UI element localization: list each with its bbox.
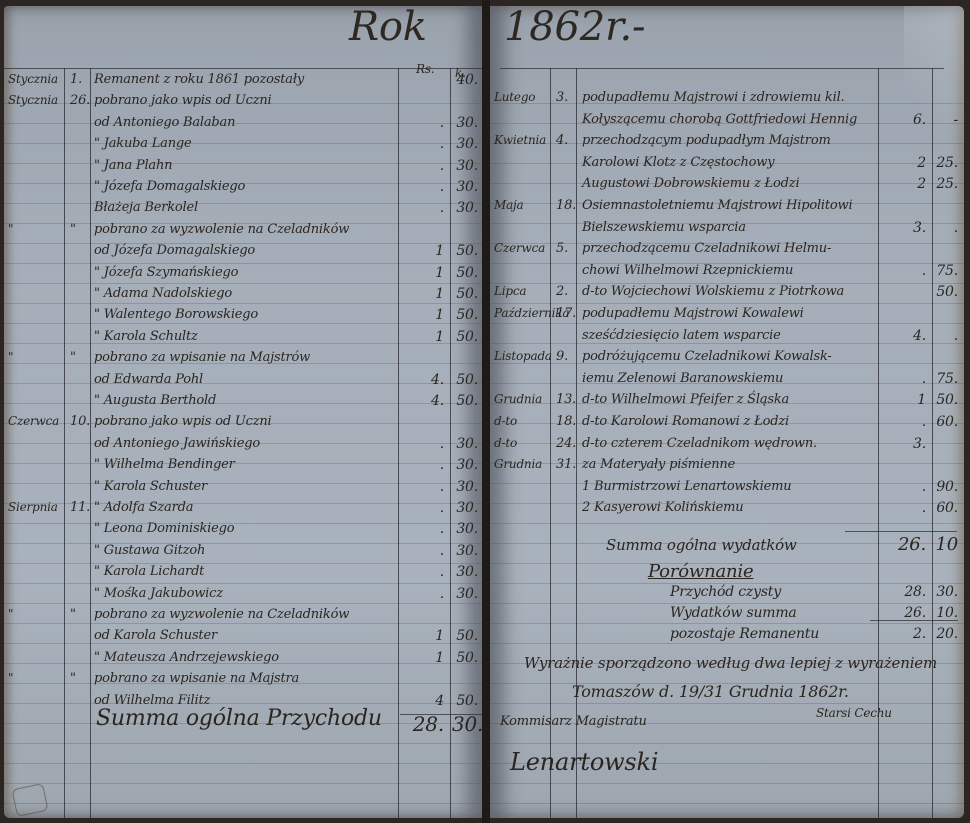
entry-rubles: . bbox=[402, 200, 444, 216]
entry-rubles: 4. bbox=[882, 328, 926, 344]
kopecks-column-line bbox=[932, 68, 933, 818]
entry-kopecks: . bbox=[934, 220, 958, 236]
entry-day: 2. bbox=[556, 284, 568, 299]
entry-day: 10. bbox=[70, 414, 90, 429]
entry-description: 2 Kasyerowi Kolińskiemu bbox=[582, 500, 743, 515]
right-page: 1862r.- Lutego3.podupadłemu Majstrowi i … bbox=[490, 6, 964, 818]
entry-rubles: . bbox=[402, 436, 444, 452]
entry-day: " bbox=[70, 222, 76, 237]
entry-description: " Walentego Borowskiego bbox=[94, 307, 258, 322]
entry-rubles: 1 bbox=[402, 265, 444, 281]
entry-description: pobrano jako wpis od Uczni bbox=[94, 414, 272, 429]
entry-rubles: . bbox=[402, 500, 444, 516]
entry-description: od Karola Schuster bbox=[94, 628, 217, 643]
entry-month: Maja bbox=[494, 198, 524, 212]
balance-label: Przychód czysty bbox=[670, 584, 781, 600]
entry-month: Czerwca bbox=[494, 241, 545, 255]
entry-description: pobrano za wyzwolenie na Czeladników bbox=[94, 222, 349, 237]
place-date: Tomaszów d. 19/31 Grudnia 1862r. bbox=[572, 682, 849, 701]
entry-kopecks: 50. bbox=[452, 650, 478, 666]
entry-description: " Leona Dominiskiego bbox=[94, 521, 234, 536]
entry-kopecks: 50. bbox=[452, 286, 478, 302]
entry-description: pobrano jako wpis od Uczni bbox=[94, 93, 272, 108]
entry-description: " Karola Lichardt bbox=[94, 564, 204, 579]
balance-label: pozostaje Remanentu bbox=[670, 626, 819, 642]
entry-kopecks: 75. bbox=[934, 371, 958, 387]
entry-kopecks: 50. bbox=[934, 284, 958, 300]
entry-day: 13. bbox=[556, 392, 576, 407]
entry-kopecks: 30. bbox=[452, 158, 478, 174]
balance-rubles: 28. bbox=[882, 584, 926, 600]
entry-rubles: . bbox=[402, 179, 444, 195]
entry-description: " Jana Plahn bbox=[94, 158, 172, 173]
entry-rubles: . bbox=[882, 479, 926, 495]
entry-kopecks: 50. bbox=[452, 628, 478, 644]
entry-rubles: 2 bbox=[882, 155, 926, 171]
entry-rubles: 1 bbox=[402, 650, 444, 666]
income-total-label: Summa ogólna Przychodu bbox=[96, 706, 382, 731]
left-page: Rok Rs. k. Stycznia1.Remanent z roku 186… bbox=[4, 6, 482, 818]
entry-rubles: . bbox=[882, 414, 926, 430]
entry-kopecks: . bbox=[934, 328, 958, 344]
entry-kopecks: 25. bbox=[934, 155, 958, 171]
expense-total-rubles: 26. bbox=[882, 534, 926, 555]
entry-description: podupadłemu Majstrowi i zdrowiemu kil. bbox=[582, 90, 844, 105]
entry-rubles: 1 bbox=[402, 307, 444, 323]
entry-month: " bbox=[8, 671, 13, 685]
entry-description: " Jakuba Lange bbox=[94, 136, 192, 151]
entry-month: Grudnia bbox=[494, 392, 542, 406]
entry-description: Karolowi Klotz z Częstochowy bbox=[582, 155, 774, 170]
balance-rubles: 26. bbox=[882, 605, 926, 621]
balance-kopecks: 10. bbox=[934, 605, 958, 621]
entry-kopecks: 30. bbox=[452, 457, 478, 473]
entry-description: pobrano za wpisanie na Majstrów bbox=[94, 350, 310, 365]
entry-description: " Józefa Domagalskiego bbox=[94, 179, 245, 194]
entry-day: 1. bbox=[70, 72, 82, 87]
expense-total-kopecks: 10 bbox=[934, 534, 958, 555]
entry-description: Kołyszącemu chorobą Gottfriedowi Hennig bbox=[582, 112, 857, 127]
entry-description: " Karola Schuster bbox=[94, 479, 207, 494]
entry-description: " Augusta Berthold bbox=[94, 393, 216, 408]
entry-description: za Materyały piśmienne bbox=[582, 457, 735, 472]
entry-description: od Edwarda Pohl bbox=[94, 372, 203, 387]
entry-day: " bbox=[70, 671, 76, 686]
entry-kopecks: 50. bbox=[452, 243, 478, 259]
expense-subtotal-rule bbox=[845, 531, 957, 532]
entry-description: " Józefa Szymańskiego bbox=[94, 265, 238, 280]
entry-kopecks: 30. bbox=[452, 479, 478, 495]
entry-description: " Wilhelma Bendinger bbox=[94, 457, 235, 472]
entry-day: 11. bbox=[70, 500, 90, 515]
header-year-label: Rok bbox=[349, 6, 427, 50]
entry-rubles: 1 bbox=[402, 243, 444, 259]
commissioner-title: Kommisarz Magistratu bbox=[500, 714, 647, 729]
entry-day: 3. bbox=[556, 90, 568, 105]
entry-kopecks: 30. bbox=[452, 500, 478, 516]
entry-description: pobrano za wyzwolenie na Czeladników bbox=[94, 607, 349, 622]
entry-day: 9. bbox=[556, 349, 568, 364]
commissioner-signature: Lenartowski bbox=[510, 748, 658, 776]
entry-description: iemu Zelenowi Baranowskiemu bbox=[582, 371, 783, 386]
entry-day: 31. bbox=[556, 457, 576, 472]
entry-kopecks: 75. bbox=[934, 263, 958, 279]
entry-kopecks: 30. bbox=[452, 564, 478, 580]
entry-description: d-to czterem Czeladnikom wędrown. bbox=[582, 436, 817, 451]
entry-rubles: . bbox=[882, 263, 926, 279]
kopecks-column-line bbox=[450, 68, 451, 818]
entry-month: d-to bbox=[494, 436, 517, 450]
entry-kopecks: 30. bbox=[452, 115, 478, 131]
entry-description: przechodzącym podupadłym Majstrom bbox=[582, 133, 831, 148]
entry-description: Augustowi Dobrowskiemu z Łodzi bbox=[582, 176, 799, 191]
entry-description: d-to Karolowi Romanowi z Łodzi bbox=[582, 414, 789, 429]
entry-rubles: . bbox=[882, 371, 926, 387]
entry-description: od Antoniego Jawińskiego bbox=[94, 436, 260, 451]
entry-description: Błażeja Berkolel bbox=[94, 200, 198, 215]
entry-rubles: . bbox=[402, 586, 444, 602]
guild-elders-signature: Starsi Cechu bbox=[816, 706, 892, 720]
entry-month: " bbox=[8, 607, 13, 621]
entry-month: Lutego bbox=[494, 90, 535, 104]
entry-description: " Gustawa Gitzoh bbox=[94, 543, 205, 558]
entry-kopecks: 50. bbox=[452, 265, 478, 281]
entry-rubles: . bbox=[402, 158, 444, 174]
entry-description: od Józefa Domagalskiego bbox=[94, 243, 255, 258]
income-total-kopecks: 30. bbox=[452, 712, 480, 736]
entry-day: 17. bbox=[556, 306, 576, 321]
entry-description: chowi Wilhelmowi Rzepnickiemu bbox=[582, 263, 793, 278]
entry-kopecks: 50. bbox=[452, 693, 478, 709]
entry-month: Czerwca bbox=[8, 414, 59, 428]
entry-rubles: . bbox=[402, 564, 444, 580]
entry-rubles: . bbox=[402, 521, 444, 537]
closing-note: Wyrażnie sporządzono według dwa lepiej z… bbox=[524, 654, 937, 672]
expense-total-label: Summa ogólna wydatków bbox=[606, 536, 797, 554]
entry-kopecks: 50. bbox=[452, 372, 478, 388]
entry-kopecks: 30. bbox=[452, 179, 478, 195]
entry-description: " Mośka Jakubowicz bbox=[94, 586, 223, 601]
day-column-line bbox=[576, 68, 577, 818]
entry-description: d-to Wojciechowi Wolskiemu z Piotrkowa bbox=[582, 284, 844, 299]
header-rule bbox=[4, 68, 482, 69]
entry-rubles: 4 bbox=[402, 693, 444, 709]
entry-description: Bielszewskiemu wsparcia bbox=[582, 220, 746, 235]
header-year-value: 1862r.- bbox=[504, 6, 645, 50]
entry-description: od Antoniego Balaban bbox=[94, 115, 235, 130]
entry-rubles: 4. bbox=[402, 393, 444, 409]
entry-month: Kwietnia bbox=[494, 133, 546, 147]
entry-kopecks: 30. bbox=[452, 586, 478, 602]
entry-description: Remanent z roku 1861 pozostały bbox=[94, 72, 304, 87]
entry-rubles: . bbox=[402, 543, 444, 559]
entry-description: 1 Burmistrzowi Lenartowskiemu bbox=[582, 479, 791, 494]
entry-day: 5. bbox=[556, 241, 568, 256]
entry-day: 24. bbox=[556, 436, 576, 451]
entry-description: przechodzącemu Czeladnikowi Helmu- bbox=[582, 241, 831, 256]
entry-description: sześćdziesięcio latem wsparcie bbox=[582, 328, 781, 343]
entry-description: " Mateusza Andrzejewskiego bbox=[94, 650, 279, 665]
entry-rubles: 2 bbox=[882, 176, 926, 192]
entry-month: Lipca bbox=[494, 284, 526, 298]
entry-rubles: 3. bbox=[882, 436, 926, 452]
entry-description: podróżującemu Czeladnikowi Kowalsk- bbox=[582, 349, 832, 364]
entry-kopecks: 30. bbox=[452, 436, 478, 452]
balance-heading: Porównanie bbox=[648, 561, 753, 582]
entry-month: Stycznia bbox=[8, 93, 58, 107]
entry-description: pobrano za wpisanie na Majstra bbox=[94, 671, 299, 686]
entry-kopecks: 60. bbox=[934, 500, 958, 516]
rubles-header: Rs. bbox=[416, 62, 434, 76]
balance-label: Wydatków summa bbox=[670, 605, 797, 621]
entry-month: " bbox=[8, 350, 13, 364]
entry-kopecks: 50. bbox=[452, 393, 478, 409]
entry-kopecks: 50. bbox=[934, 392, 958, 408]
entry-kopecks: 50. bbox=[452, 329, 478, 345]
entry-kopecks: 30. bbox=[452, 521, 478, 537]
entry-month: " bbox=[8, 222, 13, 236]
entry-rubles: 1 bbox=[402, 286, 444, 302]
entry-rubles: . bbox=[402, 479, 444, 495]
day-column-line bbox=[90, 68, 91, 818]
entry-description: podupadłemu Majstrowi Kowalewi bbox=[582, 306, 804, 321]
entry-kopecks: 60. bbox=[934, 414, 958, 430]
entry-day: " bbox=[70, 607, 76, 622]
entry-kopecks: 30. bbox=[452, 136, 478, 152]
entry-rubles: 6. bbox=[882, 112, 926, 128]
balance-kopecks: 30. bbox=[934, 584, 958, 600]
entry-description: " Karola Schultz bbox=[94, 329, 198, 344]
entry-day: 18. bbox=[556, 414, 576, 429]
entry-month: Stycznia bbox=[8, 72, 58, 86]
entry-description: Osiemnastoletniemu Majstrowi Hipolitowi bbox=[582, 198, 852, 213]
entry-rubles: . bbox=[882, 500, 926, 516]
entry-day: 26. bbox=[70, 93, 90, 108]
entry-kopecks: 30. bbox=[452, 200, 478, 216]
entry-description: d-to Wilhelmowi Pfeifer z Śląska bbox=[582, 392, 789, 407]
entry-rubles: 4. bbox=[402, 372, 444, 388]
entry-month: d-to bbox=[494, 414, 517, 428]
entry-month: Listopada bbox=[494, 349, 552, 363]
entry-day: 4. bbox=[556, 133, 568, 148]
balance-rule bbox=[870, 620, 958, 621]
entry-description: " Adama Nadolskiego bbox=[94, 286, 232, 301]
entry-day: 18. bbox=[556, 198, 576, 213]
rubles-column-line bbox=[398, 68, 399, 818]
entry-description: " Adolfa Szarda bbox=[94, 500, 193, 515]
entry-rubles: 1 bbox=[402, 329, 444, 345]
entry-kopecks: 90. bbox=[934, 479, 958, 495]
entry-rubles: . bbox=[402, 457, 444, 473]
month-column-line bbox=[64, 68, 65, 818]
entry-month: Sierpnia bbox=[8, 500, 58, 514]
balance-rubles: 2. bbox=[882, 626, 926, 642]
entry-rubles: 3. bbox=[882, 220, 926, 236]
entry-rubles: 1 bbox=[882, 392, 926, 408]
entry-kopecks: 40. bbox=[452, 72, 478, 88]
entry-kopecks: 25. bbox=[934, 176, 958, 192]
entry-kopecks: - bbox=[934, 112, 958, 128]
entry-rubles: . bbox=[402, 136, 444, 152]
income-total-rubles: 28. bbox=[404, 712, 444, 736]
book-gutter bbox=[482, 0, 490, 823]
entry-kopecks: 30. bbox=[452, 543, 478, 559]
entry-kopecks: 50. bbox=[452, 307, 478, 323]
entry-day: " bbox=[70, 350, 76, 365]
entry-rubles: 1 bbox=[402, 628, 444, 644]
page-highlight bbox=[904, 6, 964, 156]
balance-kopecks: 20. bbox=[934, 626, 958, 642]
entry-month: Grudnia bbox=[494, 457, 542, 471]
month-column-line bbox=[550, 68, 551, 818]
entry-rubles: . bbox=[402, 115, 444, 131]
